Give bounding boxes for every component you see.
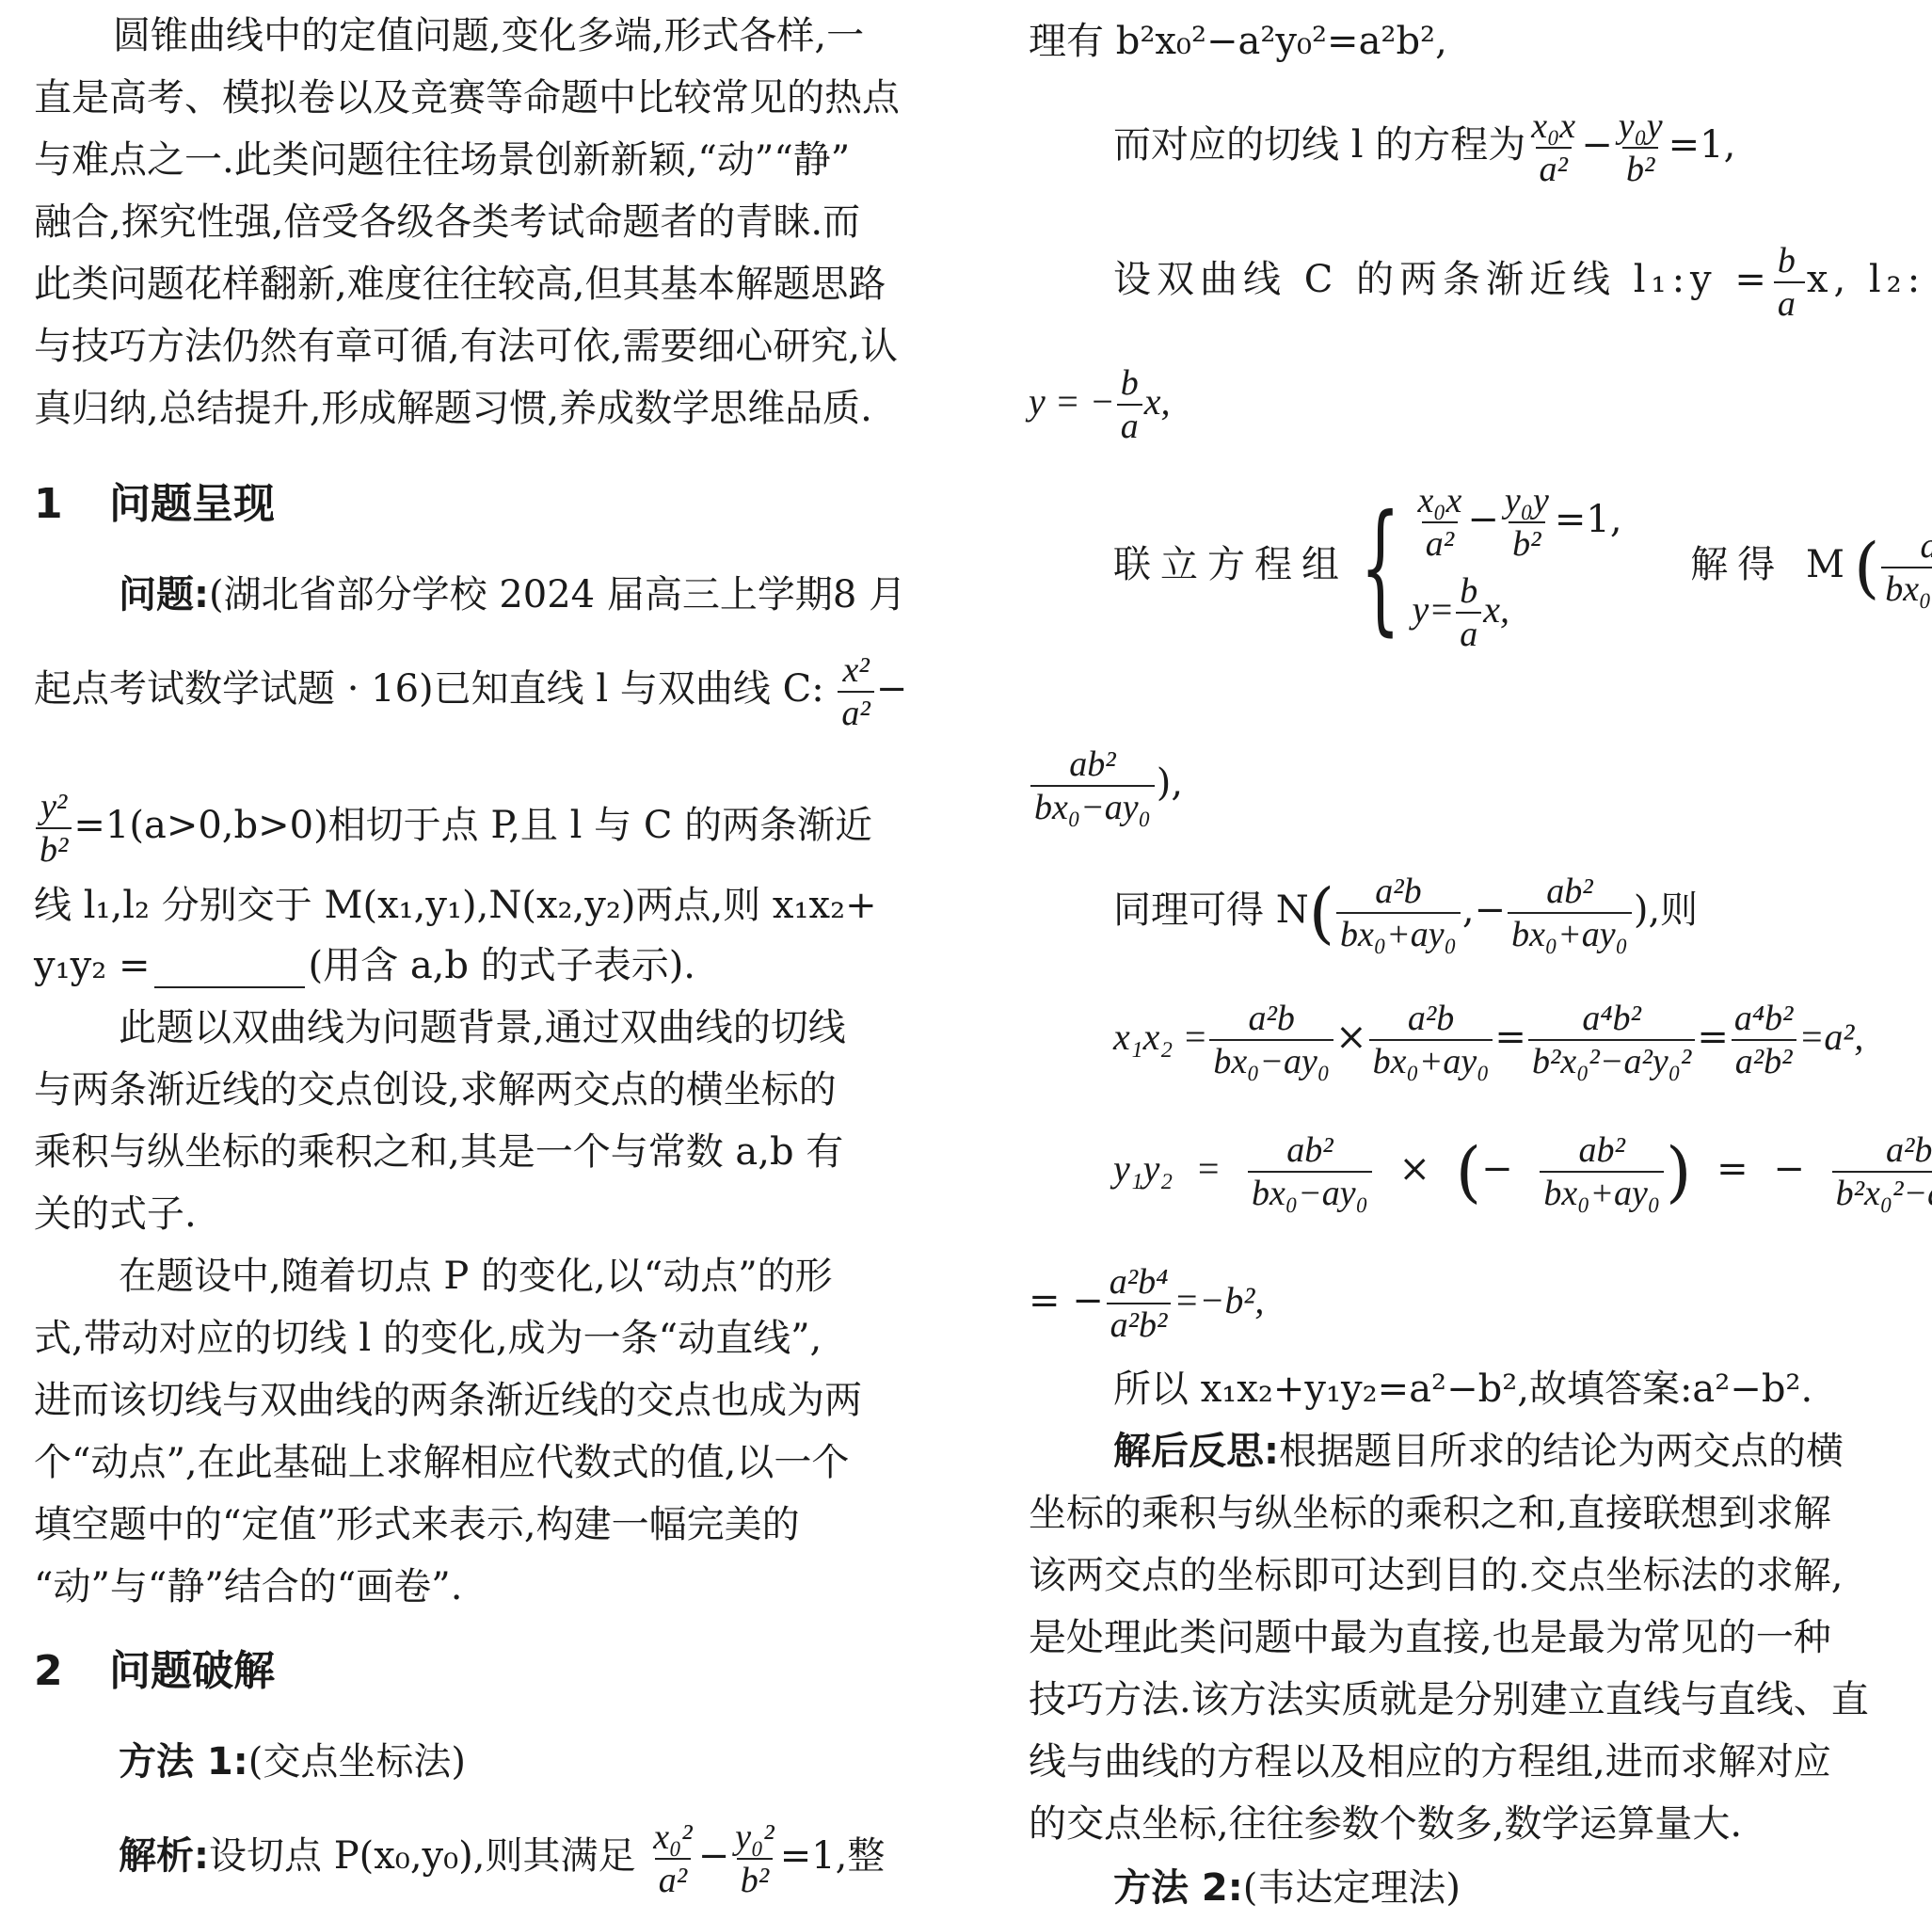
section-number: 1 [34, 480, 63, 528]
asymptote-line: y = −bax, [1029, 362, 1171, 447]
intro-line: 与难点之一.此类问题往往场景创新新颖,“动”“静” [34, 137, 949, 183]
fraction: ba [1117, 362, 1142, 447]
equation-system: x₀xa²−y₀yb²=1, y=bax, [1412, 480, 1621, 655]
intro-line: 融合,探究性强,倍受各级各类考试命题者的青睐.而 [34, 200, 949, 245]
dynamic-line: 填空题中的“定值”形式来表示,构建一幅完美的 [34, 1502, 949, 1547]
intro-line: 直是高考、模拟卷以及竞赛等命题中比较常见的热点 [34, 75, 949, 120]
fraction: x²a² [838, 649, 873, 734]
system-line: 联立方程组{ x₀xa²−y₀yb²=1, y=bax, 解得 M(a²bbx₀… [1029, 480, 1932, 655]
intro-line: 与技巧方法仍然有章可循,有法可依,需要细心研究,认 [34, 324, 949, 369]
y-product-continued: = −a²b⁴a²b²=−b², [1029, 1261, 1264, 1346]
tangent-line: 而对应的切线 l 的方程为x₀xa²−y₀yb²=1, [1029, 105, 1735, 190]
fraction: y₀yb² [1615, 105, 1667, 190]
problem-line: y₁y₂ =(用含 a,b 的式子表示). [34, 943, 949, 988]
reflection-line: 坐标的乘积与纵坐标的乘积之和,直接联想到求解 [1029, 1491, 1831, 1536]
problem-line: 问题:(湖北省部分学校 2024 届高三上学期8 月 [34, 572, 1033, 617]
fraction: ba [1774, 240, 1805, 325]
problem-line: y²b²=1(a>0,b>0)相切于点 P,且 l 与 C 的两条渐近 [34, 786, 949, 871]
equation-line: 理有 b²x₀²−a²y₀²=a²b², [1029, 19, 1447, 64]
reflection-line: 的交点坐标,往往参数个数多,数学运算量大. [1029, 1801, 1742, 1847]
section-heading-1: 1 问题呈现 [34, 482, 949, 527]
reflection-line: 是处理此类问题中最为直接,也是最为常见的一种 [1029, 1615, 1831, 1660]
problem-text: =1(a>0,b>0)相切于点 P,且 l 与 C 的两条渐近 [73, 804, 872, 847]
fraction: a²bbx₀−ay₀ [1881, 525, 1932, 610]
problem-text: 起点考试数学试题 · 16)已知直线 l 与双曲线 C: [34, 667, 824, 711]
fraction: ab²bx₀−ay₀ [1030, 744, 1155, 828]
fraction: x₀xa² [1527, 105, 1579, 190]
section-title: 问题破解 [109, 1647, 275, 1695]
answer-blank [154, 958, 305, 988]
section-number: 2 [34, 1647, 63, 1695]
reflection-line: 技巧方法.该方法实质就是分别建立直线与直线、直 [1029, 1677, 1869, 1722]
dynamic-line: “动”与“静”结合的“画卷”. [34, 1564, 949, 1609]
asymptote-line: 设双曲线 C 的两条渐近线 l₁:y =bax, l₂: [1029, 240, 1925, 325]
reflection-line: 解后反思:根据题目所求的结论为两交点的横 [1029, 1429, 1844, 1474]
intro-line: 此类问题花样翻新,难度往往较高,但其基本解题思路 [34, 262, 949, 307]
reflection-line: 该两交点的坐标即可达到目的.交点坐标法的求解, [1029, 1553, 1843, 1598]
m-point-continued: ab²bx₀−ay₀), [1029, 744, 1183, 828]
reflection-label: 解后反思: [1113, 1430, 1279, 1473]
solution-line: 解析:设切点 P(x₀,y₀),则其满足 x₀²a²−y₀²b²=1,整 [34, 1816, 1033, 1901]
x-product-line: x₁x₂ =a²bbx₀−ay₀×a²bbx₀+ay₀=a⁴b²b²x₀²−a²… [1029, 998, 1863, 1082]
method-1-heading: 方法 1:(交点坐标法) [34, 1739, 1033, 1784]
reflection-line: 线与曲线的方程以及相应的方程组,进而求解对应 [1029, 1739, 1831, 1784]
fraction: y²b² [36, 786, 72, 871]
conclusion-line: 所以 x₁x₂+y₁y₂=a²−b²,故填答案:a²−b². [1029, 1367, 1812, 1412]
analysis-line: 与两条渐近线的交点创设,求解两交点的横坐标的 [34, 1067, 949, 1112]
solution-label: 解析: [119, 1834, 209, 1878]
analysis-line: 关的式子. [34, 1192, 949, 1237]
problem-label: 问题: [119, 573, 209, 616]
fraction: y₀²b² [731, 1816, 777, 1901]
section-heading-2: 2 问题破解 [34, 1649, 949, 1694]
problem-source: (湖北省部分学校 2024 届高三上学期8 月 [209, 573, 906, 616]
dynamic-line: 进而该切线与双曲线的两条渐近线的交点也成为两 [34, 1378, 949, 1423]
dynamic-line: 式,带动对应的切线 l 的变化,成为一条“动直线”, [34, 1316, 949, 1361]
left-brace-icon: { [1360, 497, 1400, 638]
method-2-heading: 方法 2:(韦达定理法) [1029, 1865, 1461, 1911]
n-point-line: 同理可得 N(a²bbx₀+ay₀,−ab²bx₀+ay₀),则 [1029, 871, 1698, 955]
analysis-line: 此题以双曲线为问题背景,通过双曲线的切线 [34, 1005, 1033, 1050]
dynamic-line: 在题设中,随着切点 P 的变化,以“动点”的形 [34, 1254, 1033, 1299]
intro-line: 真归纳,总结提升,形成解题习惯,养成数学思维品质. [34, 386, 949, 431]
dynamic-line: 个“动点”,在此基础上求解相应代数式的值,以一个 [34, 1440, 949, 1485]
intro-line: 圆锥曲线中的定值问题,变化多端,形式各样,一 [34, 13, 949, 58]
analysis-line: 乘积与纵坐标的乘积之和,其是一个与常数 a,b 有 [34, 1129, 949, 1175]
problem-line: 起点考试数学试题 · 16)已知直线 l 与双曲线 C: x²a²− [34, 649, 949, 734]
section-title: 问题呈现 [109, 480, 275, 528]
fraction: x₀²a² [649, 1816, 695, 1901]
y-product-line: y₁y₂ = ab²bx₀−ay₀ × (− ab²bx₀+ay₀) = − a… [1029, 1129, 1932, 1214]
problem-line: 线 l₁,l₂ 分别交于 M(x₁,y₁),N(x₂,y₂)两点,则 x₁x₂+ [34, 883, 949, 928]
